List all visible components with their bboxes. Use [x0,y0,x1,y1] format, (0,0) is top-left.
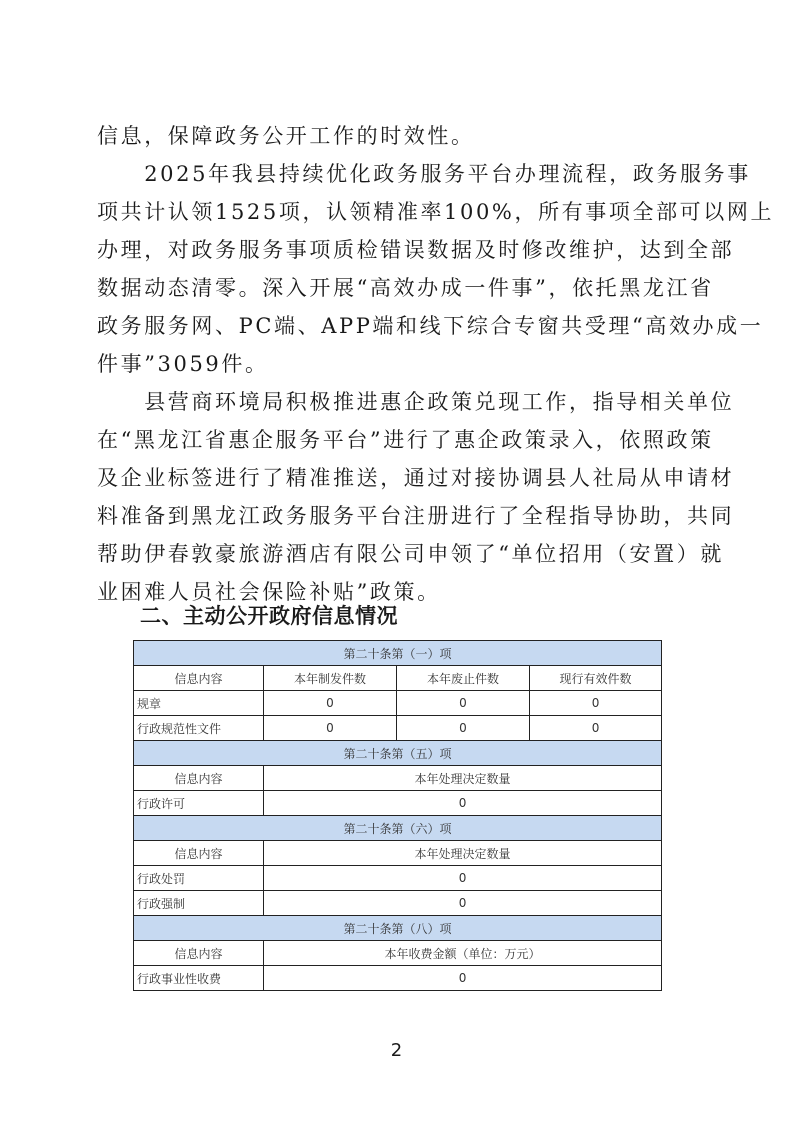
column-header-row: 信息内容 本年处理决定数量 [134,841,662,866]
text-line: 件事”3059件。 [97,345,697,383]
column-header-row: 信息内容 本年制发件数 本年废止件数 现行有效件数 [134,666,662,691]
section-title: 第二十条第（八）项 [134,916,662,941]
text-line: 在“黑龙江省惠企服务平台”进行了惠企政策录入，依照政策 [97,421,697,459]
text-line: 信息，保障政务公开工作的时效性。 [97,117,697,155]
cell-value: 0 [264,716,397,741]
table-row: 行政规范性文件 0 0 0 [134,716,662,741]
column-header-row: 信息内容 本年收费金额（单位：万元） [134,941,662,966]
col-header: 信息内容 [134,666,264,691]
page-number: 2 [0,1040,793,1061]
text-line: 政务服务网、PC端、APP端和线下综合专窗共受理“高效办成一 [97,307,697,345]
text-line: 料准备到黑龙江政务服务平台注册进行了全程指导协助，共同 [97,497,697,535]
row-label: 行政规范性文件 [134,716,264,741]
col-header: 本年废止件数 [397,666,530,691]
col-header: 信息内容 [134,766,264,791]
table-row: 行政许可 0 [134,791,662,816]
cell-value: 0 [530,691,662,716]
paragraph-enterprise-policy: 县营商环境局积极推进惠企政策兑现工作，指导相关单位 在“黑龙江省惠企服务平台”进… [97,383,697,611]
col-header: 本年处理决定数量 [264,841,662,866]
cell-value: 0 [397,691,530,716]
text-line: 项共计认领1525项，认领精准率100%，所有事项全部可以网上 [97,193,697,231]
section-heading: 二、主动公开政府信息情况 [140,600,398,630]
text-line: 2025年我县持续优化政务服务平台办理流程，政务服务事 [97,155,697,193]
row-label: 规章 [134,691,264,716]
cell-value: 0 [264,866,662,891]
col-header: 本年制发件数 [264,666,397,691]
col-header: 信息内容 [134,841,264,866]
col-header: 现行有效件数 [530,666,662,691]
cell-value: 0 [264,791,662,816]
cell-value: 0 [530,716,662,741]
section-header-row: 第二十条第（六）项 [134,816,662,841]
text-line: 帮助伊春敦豪旅游酒店有限公司申领了“单位招用（安置）就 [97,535,697,573]
column-header-row: 信息内容 本年处理决定数量 [134,766,662,791]
paragraph-continuation: 信息，保障政务公开工作的时效性。 [97,117,697,155]
section-title: 第二十条第（五）项 [134,741,662,766]
section-header-row: 第二十条第（一）项 [134,641,662,666]
col-header: 本年收费金额（单位：万元） [264,941,662,966]
row-label: 行政事业性收费 [134,966,264,991]
text-line: 及企业标签进行了精准推送，通过对接协调县人社局从申请材 [97,459,697,497]
section-title: 第二十条第（六）项 [134,816,662,841]
cell-value: 0 [264,691,397,716]
col-header: 本年处理决定数量 [264,766,662,791]
cell-value: 0 [264,966,662,991]
text-line: 数据动态清零。深入开展“高效办成一件事”，依托黑龙江省 [97,269,697,307]
paragraph-gov-service-platform: 2025年我县持续优化政务服务平台办理流程，政务服务事 项共计认领1525项，认… [97,155,697,383]
col-header: 信息内容 [134,941,264,966]
row-label: 行政处罚 [134,866,264,891]
cell-value: 0 [264,891,662,916]
text-line: 县营商环境局积极推进惠企政策兑现工作，指导相关单位 [97,383,697,421]
row-label: 行政许可 [134,791,264,816]
table-row: 规章 0 0 0 [134,691,662,716]
section-header-row: 第二十条第（五）项 [134,741,662,766]
row-label: 行政强制 [134,891,264,916]
table-row: 行政处罚 0 [134,866,662,891]
table-row: 行政事业性收费 0 [134,966,662,991]
section-title: 第二十条第（一）项 [134,641,662,666]
disclosure-table: 第二十条第（一）项 信息内容 本年制发件数 本年废止件数 现行有效件数 规章 0… [133,640,662,991]
section-header-row: 第二十条第（八）项 [134,916,662,941]
cell-value: 0 [397,716,530,741]
table-row: 行政强制 0 [134,891,662,916]
text-line: 办理，对政务服务事项质检错误数据及时修改维护，达到全部 [97,231,697,269]
